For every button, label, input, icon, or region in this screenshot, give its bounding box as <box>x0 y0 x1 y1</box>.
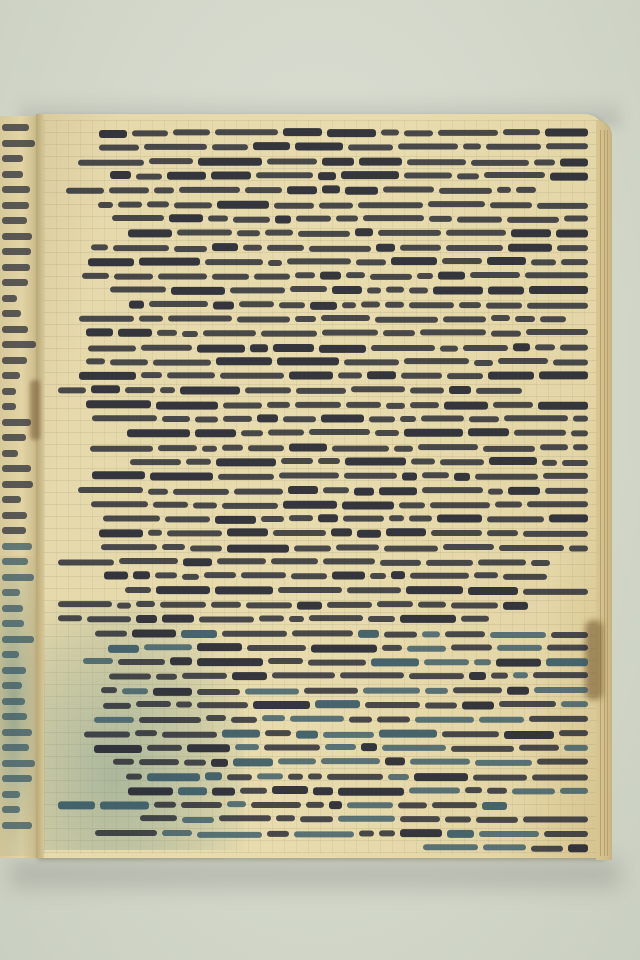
ink-word <box>283 501 337 509</box>
ink-word <box>378 230 441 236</box>
left-page-line <box>2 481 33 488</box>
ink-word <box>287 187 317 195</box>
ink-word <box>308 773 322 779</box>
ink-word <box>101 544 156 550</box>
left-page-line <box>2 140 35 147</box>
ink-word <box>527 501 588 507</box>
facing-left-page <box>0 116 36 858</box>
ink-word <box>118 329 152 337</box>
ink-word <box>417 273 434 279</box>
ink-word <box>240 788 267 794</box>
ink-word <box>508 486 541 494</box>
ink-word <box>174 245 206 251</box>
ink-word <box>211 172 251 180</box>
ink-word <box>367 371 396 379</box>
ink-word <box>338 816 395 822</box>
ink-word <box>463 345 508 351</box>
ink-word <box>391 571 405 579</box>
ink-word <box>359 830 374 836</box>
ink-word <box>478 560 525 566</box>
ink-word <box>139 717 201 723</box>
ink-word <box>91 501 148 507</box>
ink-word <box>309 615 363 621</box>
left-page-line <box>2 341 36 348</box>
ink-word <box>426 560 473 566</box>
ink-word <box>296 216 331 222</box>
ink-word <box>234 488 283 494</box>
ink-word <box>348 145 393 151</box>
ink-word <box>297 602 322 610</box>
ink-word <box>325 744 356 750</box>
binding-stain <box>30 380 40 440</box>
ink-word <box>165 517 210 523</box>
ink-word <box>193 502 217 508</box>
ink-word <box>345 187 378 195</box>
ink-word <box>253 701 311 709</box>
ink-word <box>421 416 463 422</box>
ink-word <box>58 601 112 607</box>
handwritten-line <box>58 584 588 598</box>
ink-word <box>92 415 157 421</box>
ink-word <box>195 417 218 423</box>
ink-word <box>474 360 493 366</box>
handwritten-line <box>58 255 588 269</box>
ink-word <box>129 300 144 308</box>
handwritten-line <box>58 569 588 583</box>
ink-word <box>257 773 283 779</box>
left-page-line <box>2 822 32 829</box>
ink-word <box>195 430 236 438</box>
ink-word <box>370 274 412 280</box>
ink-word <box>432 802 477 808</box>
handwritten-line <box>58 312 588 326</box>
ink-word <box>218 474 274 480</box>
ink-word <box>171 287 225 295</box>
ink-word <box>205 259 263 265</box>
ink-word <box>264 744 320 750</box>
handwritten-line <box>58 755 588 769</box>
ink-word <box>261 516 285 522</box>
ink-word <box>247 645 306 651</box>
ink-word <box>162 615 194 623</box>
handwritten-line <box>58 626 588 640</box>
ink-word <box>148 488 167 494</box>
ink-word <box>150 473 214 481</box>
ink-word <box>508 243 551 251</box>
ink-word <box>162 544 185 550</box>
left-page-line <box>2 496 21 503</box>
ink-word <box>237 230 259 236</box>
ink-word <box>415 717 474 723</box>
ink-word <box>58 801 95 809</box>
ink-word <box>173 488 229 494</box>
ink-word <box>294 831 354 837</box>
ink-word <box>343 516 384 522</box>
ink-word <box>474 573 498 579</box>
ink-word <box>310 302 337 310</box>
ink-word <box>491 673 508 679</box>
ink-word <box>211 602 241 608</box>
ink-word <box>160 388 175 394</box>
ink-word <box>533 673 588 679</box>
ink-word <box>394 445 413 451</box>
ink-word <box>453 687 501 693</box>
ink-word <box>268 658 304 664</box>
ink-word <box>526 329 588 335</box>
ink-word <box>315 700 360 708</box>
ink-word <box>109 674 152 680</box>
ink-word <box>527 302 588 308</box>
ink-word <box>442 258 481 264</box>
handwritten-line <box>58 226 588 240</box>
ink-word <box>86 358 105 364</box>
ink-word <box>383 330 415 336</box>
left-page-line <box>2 760 35 767</box>
ink-word <box>545 129 588 137</box>
ink-word <box>271 558 318 564</box>
ink-word <box>155 573 177 579</box>
ink-word <box>438 272 465 280</box>
left-page-line <box>2 651 19 658</box>
ink-word <box>257 415 278 423</box>
ink-word <box>211 759 228 767</box>
ink-word <box>95 630 127 636</box>
left-page-line <box>2 186 30 193</box>
ink-word <box>327 602 372 608</box>
ink-word <box>430 502 490 508</box>
ink-word <box>406 586 462 594</box>
ink-word <box>401 373 442 379</box>
ink-word <box>267 831 289 837</box>
ink-word <box>482 802 508 810</box>
ink-word <box>204 573 236 579</box>
ink-word <box>443 544 494 550</box>
handwritten-line <box>58 240 588 254</box>
ink-word <box>474 659 491 665</box>
handwritten-line <box>58 369 588 383</box>
ink-word <box>344 359 399 365</box>
ink-word <box>245 187 282 193</box>
ink-word <box>125 587 151 593</box>
ink-word <box>147 201 169 207</box>
ink-word <box>383 187 434 193</box>
ink-word <box>471 160 530 166</box>
ink-word <box>537 202 588 208</box>
ink-word <box>377 717 410 723</box>
ink-word <box>534 159 555 165</box>
handwritten-line <box>58 655 588 669</box>
ink-word <box>278 587 342 593</box>
ink-word <box>58 615 82 621</box>
ink-word <box>391 257 437 265</box>
ink-word <box>407 159 466 165</box>
ink-word <box>469 672 485 680</box>
ink-word <box>289 372 334 380</box>
ink-word <box>409 674 464 680</box>
left-page-line <box>2 419 31 426</box>
ink-word <box>513 673 529 679</box>
ink-word <box>388 773 410 779</box>
ink-word <box>144 644 192 650</box>
ink-word <box>425 688 449 694</box>
ink-word <box>336 544 378 550</box>
ink-word <box>154 188 174 194</box>
ink-word <box>162 416 190 422</box>
ink-word <box>157 330 177 336</box>
ink-word <box>488 372 534 380</box>
ink-word <box>384 631 416 637</box>
ink-word <box>170 657 192 665</box>
ink-word <box>212 243 239 251</box>
handwritten-line <box>58 455 588 469</box>
ink-word <box>99 530 143 538</box>
ink-word <box>183 558 212 566</box>
ink-word <box>431 530 481 536</box>
ink-word <box>160 602 206 608</box>
ink-word <box>289 443 327 451</box>
ink-word <box>461 616 489 622</box>
ink-word <box>78 159 144 165</box>
handwritten-line <box>58 212 588 226</box>
ink-word <box>267 158 317 164</box>
ink-word <box>277 357 339 365</box>
handwritten-line <box>58 827 588 841</box>
ink-word <box>223 402 261 408</box>
handwritten-line <box>58 383 588 397</box>
ink-word <box>497 645 542 651</box>
ink-word <box>167 531 222 537</box>
ink-word <box>438 130 498 136</box>
ink-word <box>486 144 540 150</box>
handwritten-line <box>58 483 588 497</box>
ink-word <box>136 174 162 180</box>
ink-word <box>457 173 479 179</box>
ink-word <box>91 386 119 394</box>
ink-word <box>344 473 397 479</box>
binding-gutter <box>36 114 44 858</box>
ink-word <box>179 187 240 193</box>
ink-word <box>540 444 567 450</box>
left-page-line <box>2 233 32 240</box>
ink-word <box>447 830 474 838</box>
ink-word <box>323 487 350 493</box>
ink-word <box>168 315 232 321</box>
ink-word <box>99 145 139 151</box>
ink-word <box>88 258 134 266</box>
ink-word <box>573 416 588 422</box>
ink-word <box>273 530 327 536</box>
ink-word <box>449 387 471 395</box>
ink-word <box>363 215 423 221</box>
ink-word <box>216 357 272 365</box>
ink-word <box>98 202 113 208</box>
handwritten-line <box>58 841 588 855</box>
handwritten-line <box>58 398 588 412</box>
ink-word <box>491 315 510 321</box>
handwritten-line <box>58 684 588 698</box>
ink-word <box>233 759 273 767</box>
ink-word <box>66 188 104 194</box>
handwritten-line <box>58 555 588 569</box>
ink-word <box>79 372 136 380</box>
ink-word <box>91 244 108 250</box>
ink-word <box>208 215 227 221</box>
ink-word <box>338 787 403 795</box>
ink-word <box>550 173 588 181</box>
ink-word <box>319 202 353 208</box>
ink-word <box>370 573 386 579</box>
ink-word <box>503 129 540 135</box>
ink-word <box>488 488 503 494</box>
ink-word <box>400 244 441 250</box>
ink-word <box>87 616 131 622</box>
left-page-line <box>2 729 32 736</box>
ink-word <box>410 388 444 394</box>
ink-word <box>262 715 285 721</box>
ink-word <box>132 130 168 136</box>
ink-word <box>357 530 381 538</box>
handwritten-line <box>58 812 588 826</box>
ink-word <box>469 416 500 422</box>
ink-word <box>216 458 276 466</box>
left-page-line <box>2 357 27 364</box>
left-page-line <box>2 264 30 271</box>
ink-word <box>400 829 442 837</box>
ink-word <box>447 373 483 379</box>
left-page-line <box>2 636 34 643</box>
ink-word <box>162 731 217 737</box>
ink-word <box>439 188 491 194</box>
ink-word <box>338 373 361 379</box>
ink-word <box>523 817 588 823</box>
ink-word <box>468 587 518 595</box>
ink-word <box>487 788 507 794</box>
ink-word <box>507 217 559 223</box>
ink-word <box>542 460 557 466</box>
left-page-line <box>2 512 27 519</box>
ink-word <box>318 458 340 464</box>
ink-word <box>534 687 588 693</box>
ink-word <box>227 544 289 552</box>
ink-word <box>125 388 156 394</box>
ink-word <box>245 688 300 694</box>
ink-word <box>197 643 242 651</box>
ink-word <box>133 572 150 580</box>
ink-word <box>404 429 463 437</box>
ink-word <box>363 687 420 693</box>
ink-word <box>568 844 588 852</box>
ink-word <box>504 415 567 421</box>
ink-word <box>259 616 284 622</box>
page-shadow-bottom <box>10 860 620 888</box>
ink-word <box>184 760 206 766</box>
ink-word <box>379 729 437 737</box>
ink-word <box>296 388 346 394</box>
ink-word <box>511 229 551 237</box>
ink-word <box>246 602 292 608</box>
ink-word <box>451 602 498 608</box>
ink-word <box>382 745 446 751</box>
ink-word <box>561 701 588 707</box>
ink-word <box>504 731 554 739</box>
ink-word <box>538 401 588 409</box>
ink-word <box>371 345 435 351</box>
ink-word <box>177 230 232 236</box>
ink-word <box>58 560 114 566</box>
ink-word <box>531 846 563 852</box>
ink-word <box>90 445 153 451</box>
ink-word <box>309 429 370 435</box>
ink-word <box>197 832 262 838</box>
ink-word <box>332 286 363 294</box>
ink-word <box>231 717 258 723</box>
ink-word <box>190 545 222 551</box>
ink-word <box>283 128 322 136</box>
left-page-line <box>2 434 26 441</box>
ink-word <box>323 731 374 737</box>
ink-word <box>400 615 456 623</box>
ink-word <box>559 730 588 736</box>
handwritten-line <box>58 412 588 426</box>
ink-word <box>176 701 191 707</box>
ink-word <box>197 689 240 695</box>
ink-word <box>365 702 420 708</box>
ink-word <box>181 802 222 808</box>
ink-word <box>162 830 192 836</box>
ink-word <box>361 743 377 751</box>
ink-word <box>375 430 399 436</box>
ink-word <box>329 801 341 809</box>
ink-word <box>342 302 356 308</box>
ink-word <box>422 472 449 478</box>
ink-word <box>272 673 335 679</box>
ink-word <box>356 259 386 265</box>
ink-word <box>94 717 134 723</box>
handwritten-line <box>58 512 588 526</box>
ink-word <box>217 200 269 208</box>
ink-word <box>153 502 188 508</box>
ink-word <box>278 759 317 765</box>
left-page-line <box>2 543 32 550</box>
ink-word <box>295 402 341 408</box>
ink-word <box>560 788 589 794</box>
ink-word <box>454 473 470 481</box>
ink-word <box>331 529 352 537</box>
ink-word <box>551 632 588 638</box>
ink-word <box>290 716 344 722</box>
left-page-line <box>2 620 24 627</box>
ink-word <box>227 529 268 537</box>
handwritten-line <box>58 741 588 755</box>
ink-word <box>355 228 373 236</box>
ink-word <box>154 802 176 808</box>
ink-word <box>147 773 200 781</box>
ink-word <box>404 172 452 178</box>
ink-word <box>276 816 295 822</box>
ink-word <box>215 516 256 524</box>
ink-word <box>377 601 413 607</box>
ink-word <box>349 717 371 723</box>
ink-word <box>222 630 287 636</box>
ink-word <box>385 301 404 307</box>
ink-word <box>112 215 164 221</box>
ink-word <box>295 143 343 151</box>
handwritten-line <box>58 441 588 455</box>
ink-word <box>86 400 151 408</box>
ink-word <box>158 274 207 280</box>
handwritten-line <box>58 269 588 283</box>
ink-word <box>342 501 394 509</box>
